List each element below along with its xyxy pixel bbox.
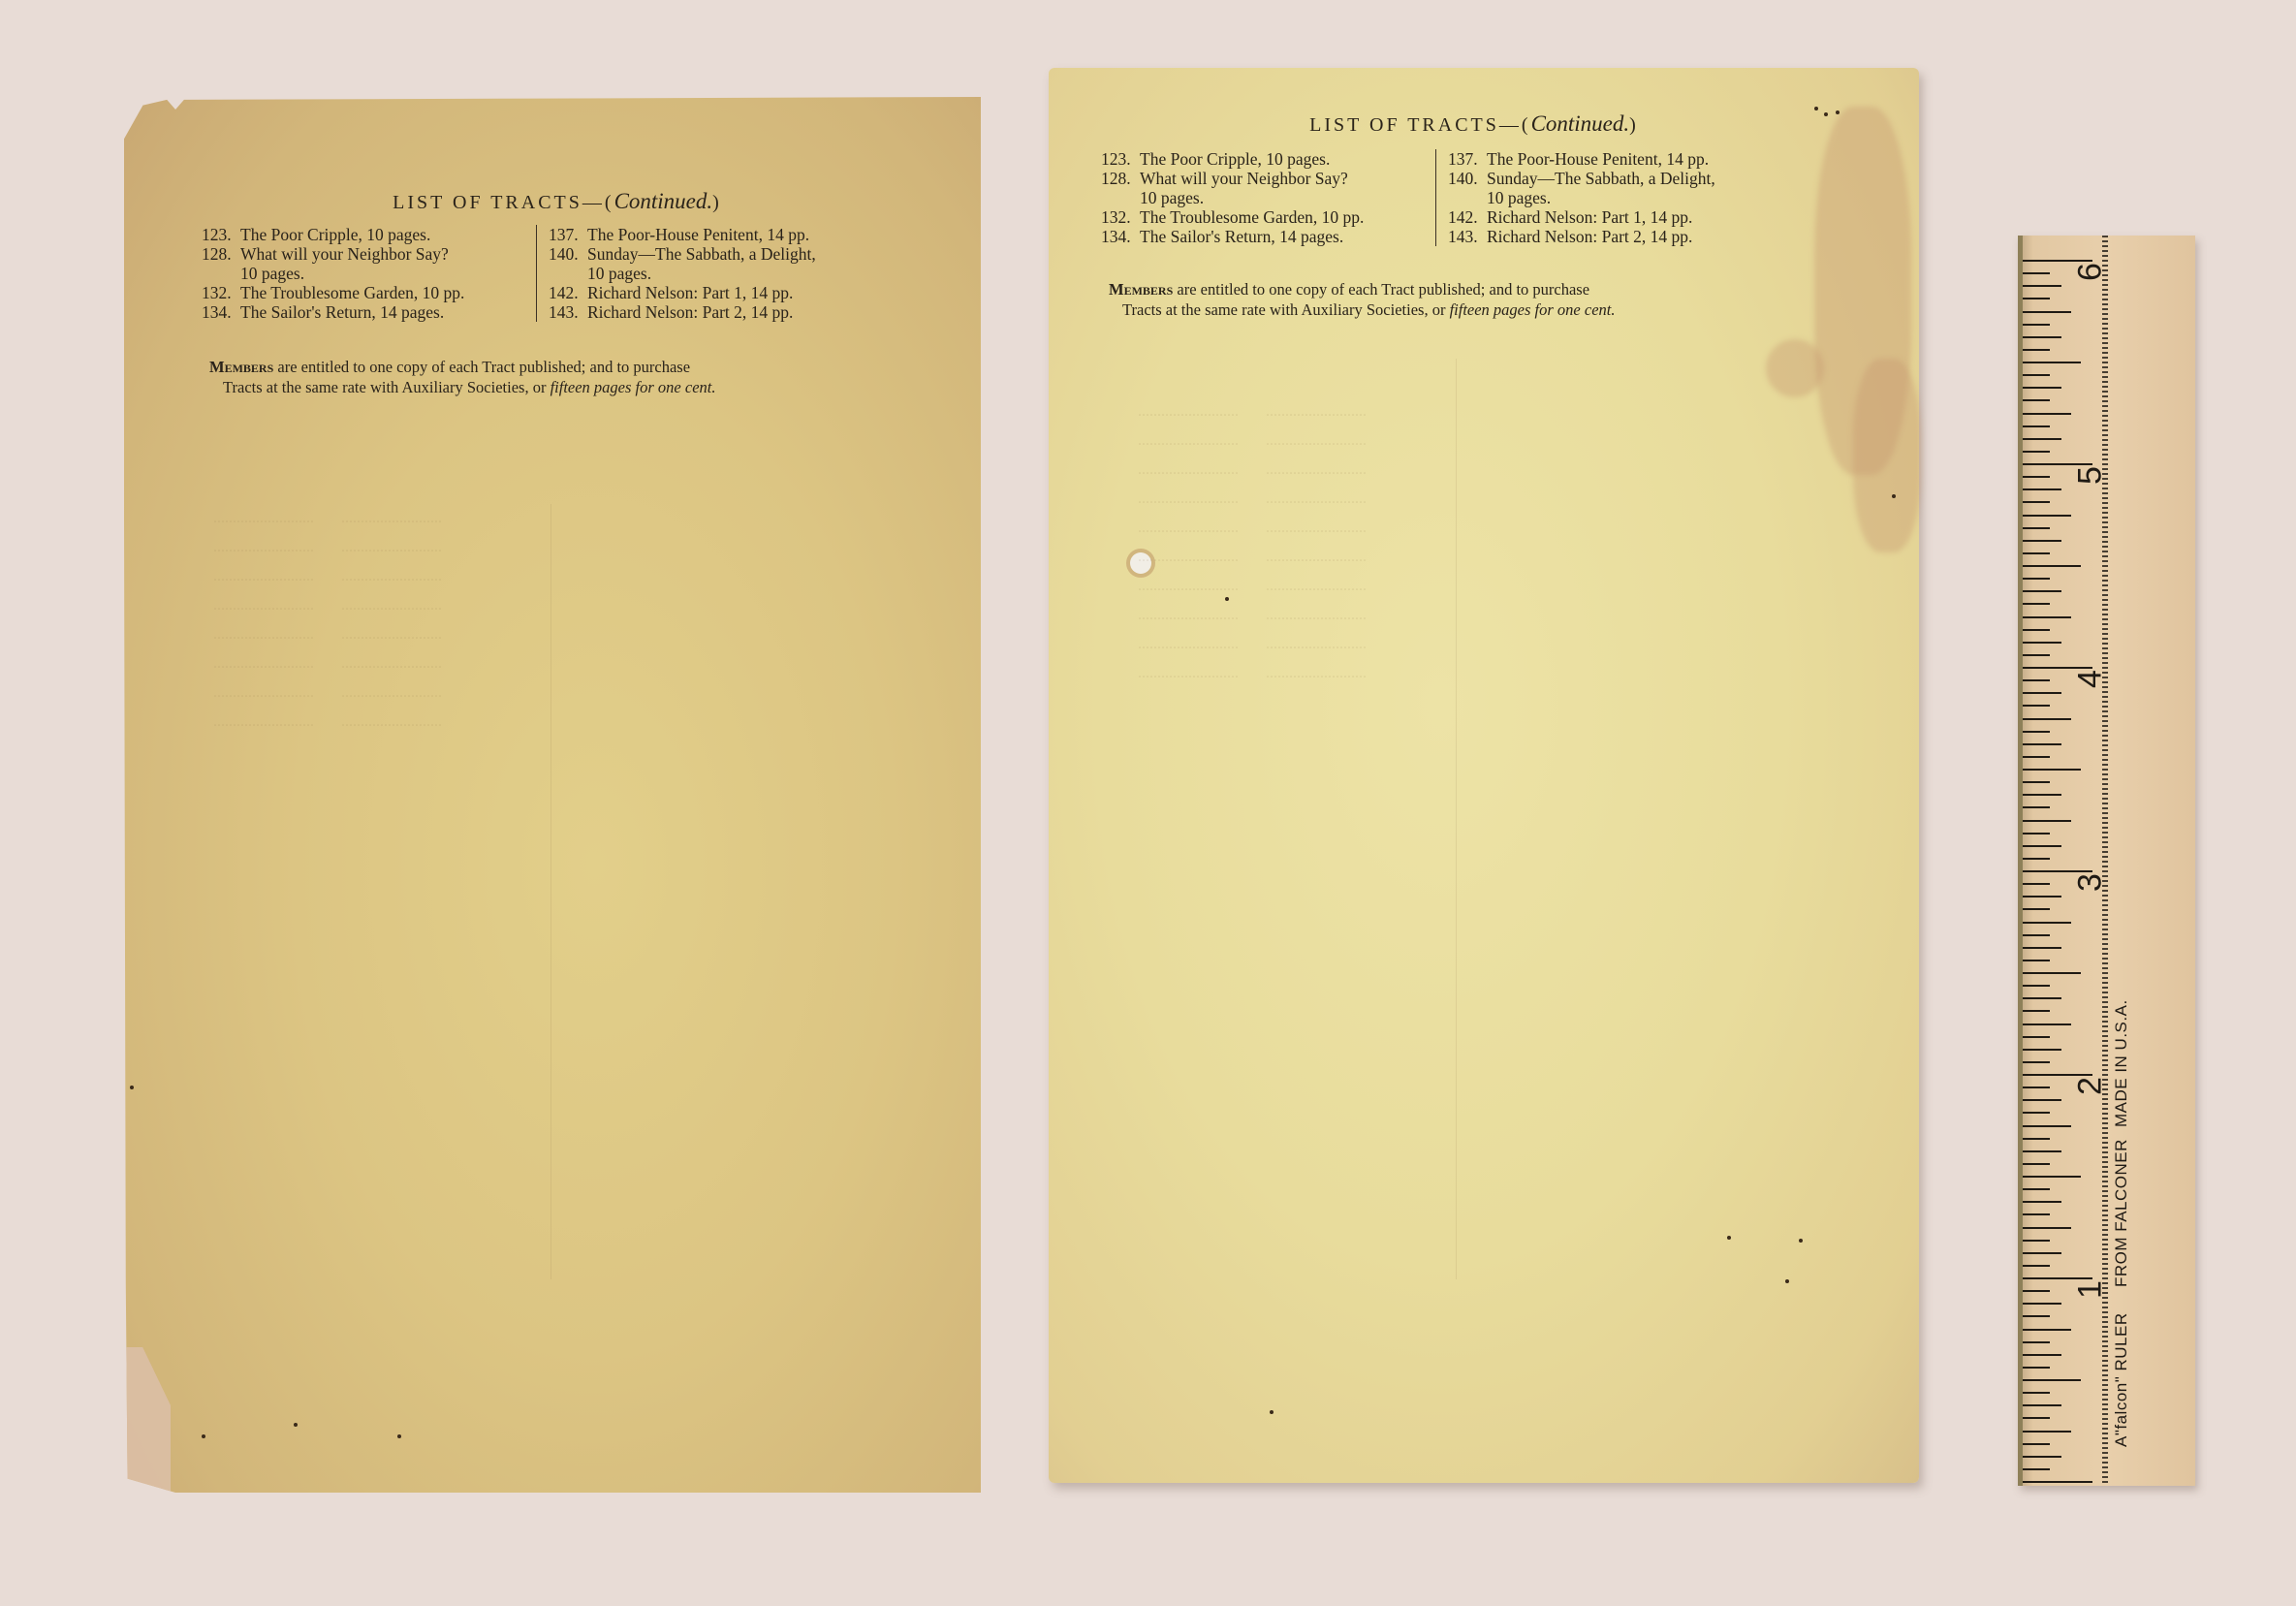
ruler-inch-6: 6 (2072, 258, 2110, 287)
ruler-tick (2023, 896, 2061, 897)
ruler-tick (2023, 1036, 2050, 1038)
ruler-tick (2023, 1431, 2071, 1433)
ruler-tick (2023, 1163, 2050, 1165)
list-heading: LIST OF TRACTS—(Continued.) (1049, 111, 1919, 137)
ruler-tick (2023, 922, 2071, 924)
water-stain (1766, 339, 1824, 397)
ruler-tick (2023, 590, 2061, 592)
ruler-tick (2023, 399, 2050, 401)
tract-item: 142.Richard Nelson: Part 1, 14 pp. (549, 283, 878, 302)
ink-speck (1824, 112, 1828, 116)
ruler-tick (2023, 972, 2081, 974)
ink-speck (1785, 1279, 1789, 1283)
tract-item: 132.The Troublesome Garden, 10 pp. (202, 283, 526, 302)
water-stain (1853, 359, 1921, 552)
ruler-tick (2023, 1468, 2050, 1470)
ruler-tick (2023, 947, 2061, 949)
ruler-tick (2023, 1456, 2061, 1458)
ruler-tick (2023, 806, 2050, 808)
heading-continued: Continued. (1531, 111, 1630, 136)
ruler-tick (2023, 1112, 2050, 1114)
ruler-tick (2023, 820, 2071, 822)
ruler-tick (2023, 565, 2081, 567)
ruler-tick (2023, 603, 2050, 605)
ruler-tick (2023, 833, 2050, 834)
show-through-column-rule (550, 504, 551, 1279)
ruler-tick (2023, 515, 2071, 517)
ruler-tick (2023, 260, 2092, 262)
heading-close: ) (1629, 114, 1639, 136)
tract-list: 123.The Poor Cripple, 10 pages. 128.What… (1101, 149, 1777, 246)
ruler-tick (2023, 642, 2061, 644)
ruler-tick (2023, 1227, 2071, 1229)
ruler-tick (2023, 285, 2061, 287)
ruler-tick (2023, 1188, 2050, 1190)
ruler-tick (2023, 1315, 2050, 1317)
ruler-origin: MADE IN U.S.A. (2112, 999, 2131, 1127)
ruler-tick (2023, 692, 2061, 694)
heading-close: ) (712, 192, 722, 213)
ruler-tick (2023, 1417, 2050, 1419)
ruler-tick (2023, 476, 2050, 478)
tract-item: 140.Sunday—The Sabbath, a Delight,10 pag… (1448, 169, 1777, 207)
ruler-tick (2023, 272, 2050, 274)
ruler-tick (2023, 1277, 2092, 1279)
tract-item: 140.Sunday—The Sabbath, a Delight,10 pag… (549, 244, 878, 283)
ruler-tick (2023, 349, 2050, 351)
heading-title: LIST OF TRACTS—( (393, 192, 613, 213)
right-tract-page: .......................... .............… (1049, 68, 1919, 1483)
show-through-text: .......................... .............… (1107, 397, 1367, 688)
ruler-tick (2023, 1138, 2050, 1140)
ruler-tick (2023, 1303, 2061, 1305)
tract-item: 143.Richard Nelson: Part 2, 14 pp. (1448, 227, 1777, 246)
ruler-tick (2023, 451, 2050, 453)
ruler-tick (2023, 1213, 2050, 1215)
ruler-tick (2023, 1367, 2050, 1369)
ruler-tick (2023, 1290, 2050, 1292)
ruler-tick (2023, 997, 2061, 999)
ruler-tick (2023, 298, 2050, 299)
tract-item: 128.What will your Neighbor Say?10 pages… (1101, 169, 1426, 207)
ruler-inch-5: 5 (2072, 461, 2110, 490)
ink-speck (130, 1086, 134, 1089)
ruler-tick (2023, 985, 2050, 987)
ink-speck (1270, 1410, 1274, 1414)
ruler-tick (2023, 845, 2061, 847)
ruler-tick (2023, 438, 2061, 440)
ruler-brand: A"falcon" RULER (2112, 1312, 2131, 1447)
ruler-tick (2023, 1049, 2061, 1051)
ruler-tick (2023, 540, 2061, 542)
ruler-tick (2023, 679, 2050, 681)
tract-item: 134.The Sailor's Return, 14 pages. (1101, 227, 1426, 246)
ruler-tick (2023, 362, 2081, 363)
ruler-tick (2023, 1265, 2050, 1267)
tract-item: 123.The Poor Cripple, 10 pages. (202, 225, 526, 244)
members-note: Members are entitled to one copy of each… (209, 357, 888, 397)
ruler-inch-4: 4 (2072, 665, 2110, 694)
ruler-tick (2023, 488, 2061, 490)
ruler-tick (2023, 387, 2061, 389)
ruler-tick (2023, 883, 2050, 885)
ink-speck (1225, 597, 1229, 601)
tract-item: 128.What will your Neighbor Say?10 pages… (202, 244, 526, 283)
ruler-tick (2023, 870, 2092, 872)
tract-item: 123.The Poor Cripple, 10 pages. (1101, 149, 1426, 169)
ruler-tick (2023, 324, 2050, 326)
left-tract-page: .......................... .............… (124, 97, 981, 1493)
ruler-tick (2023, 425, 2050, 427)
ruler-tick (2023, 311, 2071, 313)
ruler-tick (2023, 1404, 2061, 1406)
ruler-tick (2023, 908, 2050, 910)
tract-list: 123.The Poor Cripple, 10 pages. 128.What… (202, 225, 878, 322)
ruler-tick (2023, 960, 2050, 961)
ruler-tick (2023, 1240, 2050, 1242)
ruler-tick (2023, 756, 2050, 758)
ruler-tick (2023, 336, 2061, 338)
ruler-tick (2023, 1252, 2061, 1254)
ink-speck (1836, 110, 1840, 114)
ruler-tick (2023, 1392, 2050, 1394)
tract-item: 143.Richard Nelson: Part 2, 14 pp. (549, 302, 878, 322)
ruler-tick (2023, 552, 2050, 554)
ink-speck (1727, 1236, 1731, 1240)
tract-column-left: 123.The Poor Cripple, 10 pages. 128.What… (202, 225, 526, 322)
ruler-tick (2023, 1010, 2050, 1012)
ruler-tick (2023, 413, 2071, 415)
list-heading: LIST OF TRACTS—(Continued.) (124, 189, 981, 214)
wooden-ruler: 1 2 3 4 5 6 A"falcon" RULER FROM FALCONE… (2018, 236, 2195, 1486)
ruler-tick (2023, 667, 2092, 669)
members-note: Members are entitled to one copy of each… (1109, 279, 1787, 320)
show-through-column-rule (1456, 359, 1457, 1279)
ruler-tick (2023, 629, 2050, 631)
tract-item: 142.Richard Nelson: Part 1, 14 pp. (1448, 207, 1777, 227)
tract-item: 137.The Poor-House Penitent, 14 pp. (549, 225, 878, 244)
ruler-tick (2023, 781, 2050, 783)
ruler-tick (2023, 1481, 2092, 1483)
heading-continued: Continued. (614, 189, 713, 213)
ruler-tick (2023, 934, 2050, 936)
ruler-tick (2023, 1329, 2071, 1331)
ruler-tick (2023, 769, 2081, 771)
ruler-tick (2023, 1341, 2050, 1343)
ruler-tick (2023, 1201, 2061, 1203)
ruler-tick (2023, 654, 2050, 656)
ruler-tick (2023, 743, 2061, 745)
ruler-inch-3: 3 (2072, 868, 2110, 897)
tract-item: 132.The Troublesome Garden, 10 pp. (1101, 207, 1426, 227)
ruler-tick (2023, 1379, 2081, 1381)
ruler-tick (2023, 1061, 2050, 1063)
ruler-tick (2023, 1125, 2071, 1127)
ink-speck (1799, 1239, 1803, 1243)
ruler-tick (2023, 616, 2071, 618)
ruler-tick (2023, 463, 2092, 465)
tract-column-right: 137.The Poor-House Penitent, 14 pp. 140.… (536, 225, 878, 322)
ruler-tick (2023, 527, 2050, 529)
ruler-tick (2023, 501, 2050, 503)
ruler-tick (2023, 1099, 2061, 1101)
ruler-tick (2023, 1176, 2081, 1178)
tract-column-right: 137.The Poor-House Penitent, 14 pp. 140.… (1435, 149, 1777, 246)
members-lead: Members (209, 358, 273, 376)
ruler-tick (2023, 718, 2071, 720)
ruler-tick (2023, 858, 2050, 860)
ink-speck (202, 1434, 205, 1438)
ruler-tick (2023, 1150, 2061, 1152)
ink-speck (1814, 107, 1818, 110)
show-through-text: .......................... .............… (182, 504, 442, 737)
ruler-tick (2023, 374, 2050, 376)
tract-item: 137.The Poor-House Penitent, 14 pp. (1448, 149, 1777, 169)
members-lead: Members (1109, 280, 1173, 299)
ruler-inch-2: 2 (2072, 1072, 2110, 1101)
ruler-tick (2023, 1443, 2050, 1445)
ruler-tick (2023, 1354, 2061, 1356)
ruler-tick (2023, 731, 2050, 733)
ruler-maker: FROM FALCONER (2112, 1139, 2131, 1287)
ink-speck (397, 1434, 401, 1438)
ruler-tick (2023, 794, 2061, 796)
torn-corner (124, 1347, 171, 1493)
ruler-tick (2023, 1023, 2071, 1025)
tract-item: 134.The Sailor's Return, 14 pages. (202, 302, 526, 322)
ink-speck (1892, 494, 1896, 498)
ruler-inch-1: 1 (2072, 1275, 2110, 1305)
heading-title: LIST OF TRACTS—( (1309, 114, 1530, 136)
ruler-tick (2023, 1086, 2050, 1088)
ruler-tick (2023, 1074, 2092, 1076)
ruler-tick (2023, 578, 2050, 580)
ink-speck (294, 1423, 298, 1427)
ruler-tick (2023, 705, 2050, 707)
tract-column-left: 123.The Poor Cripple, 10 pages. 128.What… (1101, 149, 1426, 246)
